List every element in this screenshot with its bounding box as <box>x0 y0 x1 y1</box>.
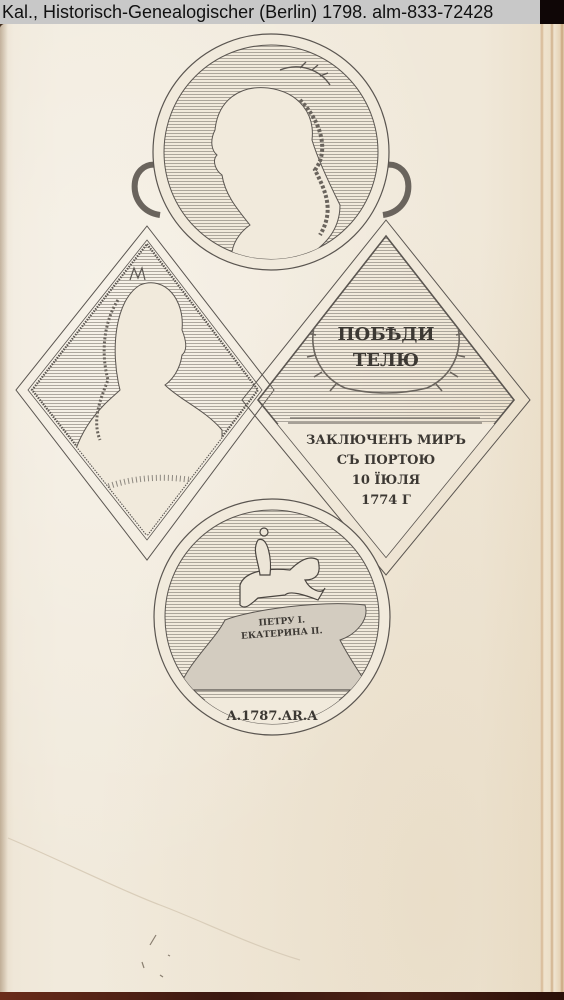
title-bar: Kal., Historisch-Genealogischer (Berlin)… <box>0 0 542 24</box>
wreath-inscription-line1: ПОБѢДИ <box>338 324 435 345</box>
lower-inscription-line3: 10 ЇЮЛЯ <box>352 472 420 488</box>
exergue-inscription: A.1787.AR.A <box>226 709 319 724</box>
lower-inscription-line2: СЪ ПОРТОЮ <box>337 453 435 468</box>
title-text: Kal., Historisch-Genealogischer (Berlin)… <box>2 2 493 22</box>
top-round-medal <box>135 34 409 270</box>
wreath-inscription-line2: ТЕЛЮ <box>353 350 419 371</box>
engraving-plate: ПОБѢДИ ТЕЛЮ ЗАКЛЮЧЕНЪ МИРЪ СЪ ПОРТОЮ 10 … <box>0 0 564 1000</box>
scan-corner <box>540 0 564 24</box>
bottom-round-medal: ПЕТРУ I. ЕКАТЕРИНА II. A.1787.AR.A <box>154 499 390 735</box>
lower-inscription-line1: ЗАКЛЮЧЕНЪ МИРЪ <box>306 433 466 448</box>
lower-inscription-line4: 1774 Г <box>361 493 411 508</box>
